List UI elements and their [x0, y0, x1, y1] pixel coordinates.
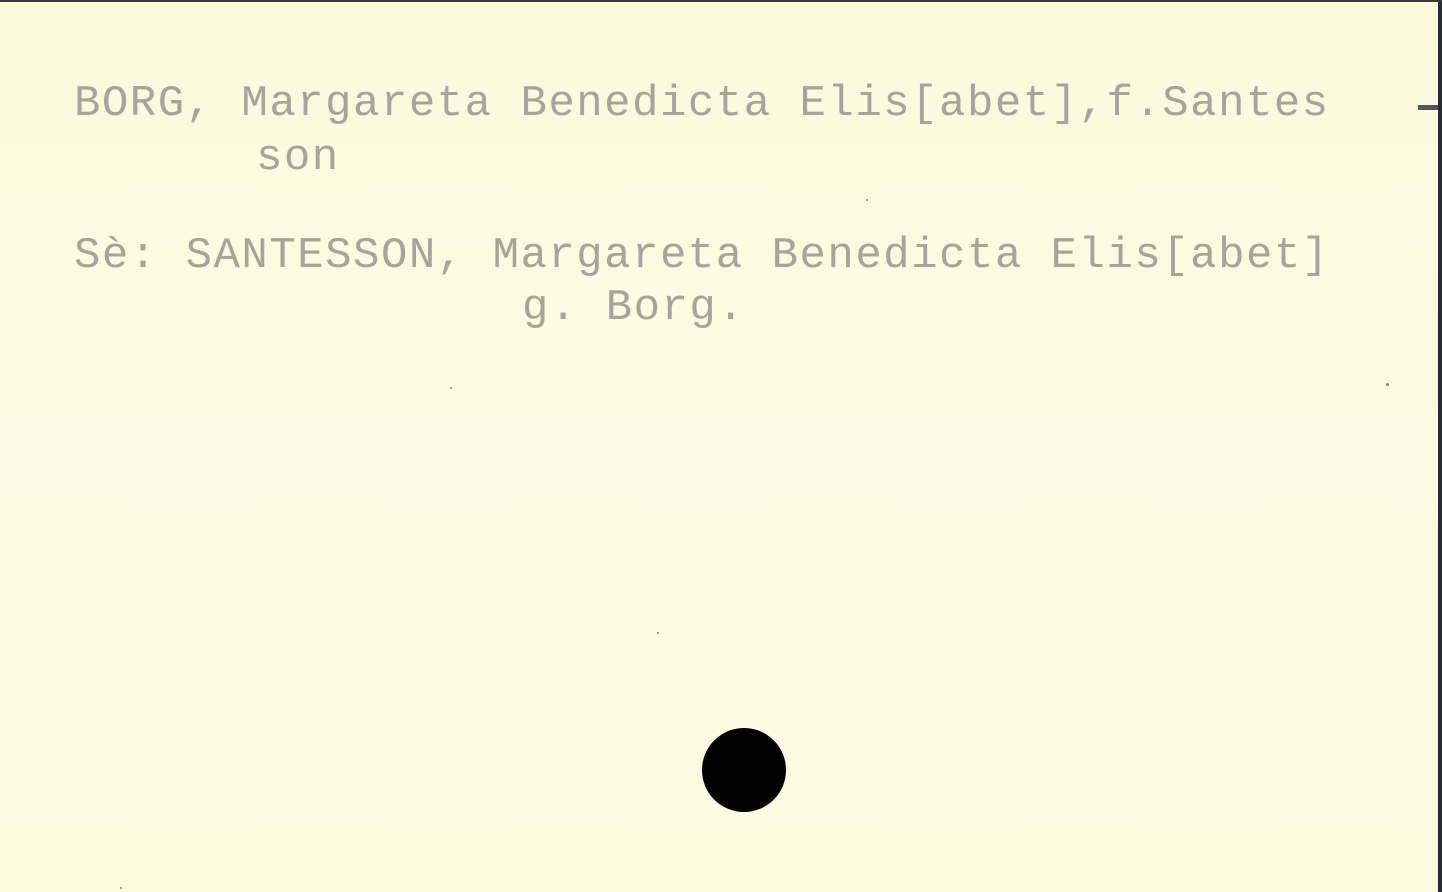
punch-hole: [702, 728, 786, 812]
hyphen-mark: [1418, 105, 1438, 110]
catalog-card: BORG, Margareta Benedicta Elis[abet],f.S…: [0, 0, 1442, 892]
card-edge: [1438, 2, 1442, 892]
heading-line-1: BORG, Margareta Benedicta Elis[abet],f.S…: [74, 82, 1330, 126]
speck: [120, 887, 122, 889]
speck: [657, 632, 659, 634]
speck: [1386, 383, 1389, 386]
see-reference-line-2: g. Borg.: [522, 286, 745, 330]
see-reference-line-1: Sè: SANTESSON, Margareta Benedicta Elis[…: [74, 234, 1330, 278]
heading-line-2: son: [256, 136, 340, 180]
speck: [450, 387, 452, 389]
speck: [866, 199, 868, 201]
